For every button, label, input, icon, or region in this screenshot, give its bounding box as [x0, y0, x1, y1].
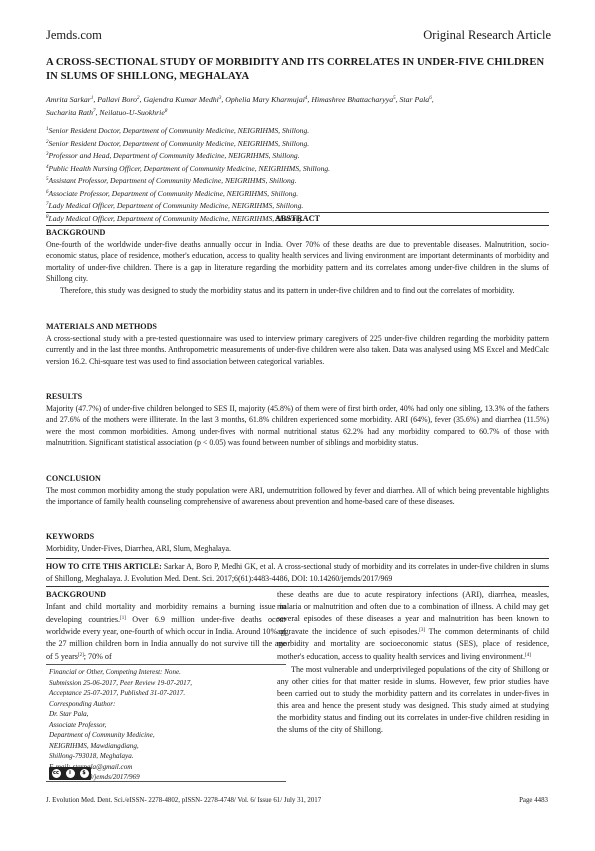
paragraph: Majority (47.7%) of under-five children … — [46, 403, 549, 449]
abstract-heading: ABSTRACT — [46, 214, 549, 223]
footnote-line: NEIGRIHMS, Mawdiangdiang, — [49, 741, 284, 752]
section-heading: KEYWORDS — [46, 531, 549, 543]
footer-journal-info: J. Evolution Med. Dent. Sci./eISSN- 2278… — [46, 797, 321, 804]
affiliation-item: 6Associate Professor, Department of Comm… — [46, 187, 556, 200]
footnote-line: Acceptance 25-07-2017, Published 31-07-2… — [49, 688, 284, 699]
article-title: A CROSS-SECTIONAL STUDY OF MORBIDITY AND… — [46, 56, 556, 84]
footnote-divider — [46, 664, 286, 665]
cc-license-badge[interactable]: cc i $ — [49, 767, 91, 780]
divider — [46, 225, 549, 226]
paragraph: Therefore, this study was designed to st… — [46, 285, 549, 297]
journal-site[interactable]: Jemds.com — [46, 28, 102, 43]
page-number: Page 4483 — [519, 797, 548, 804]
reference-link[interactable]: [4] — [525, 653, 531, 658]
cc-icon: cc — [52, 769, 61, 778]
nc-icon: $ — [80, 769, 89, 778]
paragraph: Infant and child mortality and morbidity… — [46, 601, 286, 663]
affiliation-marker: 1 — [91, 96, 94, 101]
author-name: Gajendra Kumar Medhi — [143, 95, 218, 104]
affiliation-marker: 6 — [429, 96, 432, 101]
paragraph: A cross-sectional study with a pre-teste… — [46, 333, 549, 368]
footnote-line: Dr. Star Pala, — [49, 709, 284, 720]
abstract-background: BACKGROUND One-fourth of the worldwide u… — [46, 227, 549, 297]
footnote-line: Corresponding Author: — [49, 699, 284, 710]
affiliation-item: 5Assistant Professor, Department of Comm… — [46, 174, 556, 187]
affiliation-marker: 7 — [93, 109, 96, 114]
affiliation-item: 4Public Health Nursing Officer, Departme… — [46, 162, 556, 175]
footnote-line: Submission 25-06-2017, Peer Review 19-07… — [49, 678, 284, 689]
author-name: Ophelia Mary Kharmujai — [225, 95, 305, 104]
paragraph: these deaths are due to acute respirator… — [277, 589, 549, 664]
divider — [46, 212, 549, 213]
abstract-keywords: KEYWORDS Morbidity, Under-Fives, Diarrhe… — [46, 531, 549, 554]
footnote-line: Associate Professor, — [49, 720, 284, 731]
footnote: Financial or Other, Competing Interest: … — [49, 667, 284, 783]
affiliation-marker: 4 — [305, 96, 308, 101]
section-heading: BACKGROUND — [46, 589, 286, 601]
article-type: Original Research Article — [423, 28, 551, 43]
how-to-cite: HOW TO CITE THIS ARTICLE: Sarkar A, Boro… — [46, 561, 549, 584]
section-heading: RESULTS — [46, 391, 549, 403]
author-name: Pallavi Boro — [97, 95, 137, 104]
abstract-conclusion: CONCLUSION The most common morbidity amo… — [46, 473, 549, 508]
body-column-left: BACKGROUND Infant and child mortality an… — [46, 589, 286, 663]
author-name: Amrita Sarkar — [46, 95, 91, 104]
affiliation-marker: 8 — [165, 109, 168, 114]
footnote-line: Department of Community Medicine, — [49, 730, 284, 741]
affiliation-item: 2Senior Resident Doctor, Department of C… — [46, 137, 556, 150]
footnote-line: Shillong-793018, Meghalaya. — [49, 751, 284, 762]
paragraph: One-fourth of the worldwide under-five d… — [46, 239, 549, 285]
author-name: Neilatuo-U-Suokhrie — [99, 108, 164, 117]
section-heading: MATERIALS AND METHODS — [46, 321, 549, 333]
footnote-divider — [46, 781, 286, 782]
author-name: Star Pala — [400, 95, 430, 104]
author-name: Sucharita Rath — [46, 108, 93, 117]
body-column-right: these deaths are due to acute respirator… — [277, 589, 549, 736]
divider — [46, 586, 549, 587]
author-name: Himashree Bhattacharyya — [311, 95, 393, 104]
article-page: Jemds.com Original Research Article A CR… — [0, 0, 595, 851]
section-heading: BACKGROUND — [46, 227, 549, 239]
section-heading: CONCLUSION — [46, 473, 549, 485]
footnote-line: Financial or Other, Competing Interest: … — [49, 667, 284, 678]
author-list: Amrita Sarkar1, Pallavi Boro2, Gajendra … — [46, 93, 556, 119]
abstract-methods: MATERIALS AND METHODS A cross-sectional … — [46, 321, 549, 367]
affiliation-item: 1Senior Resident Doctor, Department of C… — [46, 124, 556, 137]
by-icon: i — [66, 769, 75, 778]
affiliation-marker: 5 — [393, 96, 396, 101]
affiliation-marker: 2 — [137, 96, 140, 101]
divider — [46, 558, 549, 559]
affiliation-list: 1Senior Resident Doctor, Department of C… — [46, 124, 556, 224]
affiliation-marker: 3 — [219, 96, 222, 101]
affiliation-item: 7Lady Medical Officer, Department of Com… — [46, 199, 556, 212]
abstract-results: RESULTS Majority (47.7%) of under-five c… — [46, 391, 549, 449]
paragraph: The most vulnerable and underprivileged … — [277, 664, 549, 737]
keywords-text: Morbidity, Under-Fives, Diarrhea, ARI, S… — [46, 543, 549, 555]
cite-label: HOW TO CITE THIS ARTICLE: — [46, 562, 162, 571]
affiliation-item: 3Professor and Head, Department of Commu… — [46, 149, 556, 162]
paragraph: The most common morbidity among the stud… — [46, 485, 549, 508]
